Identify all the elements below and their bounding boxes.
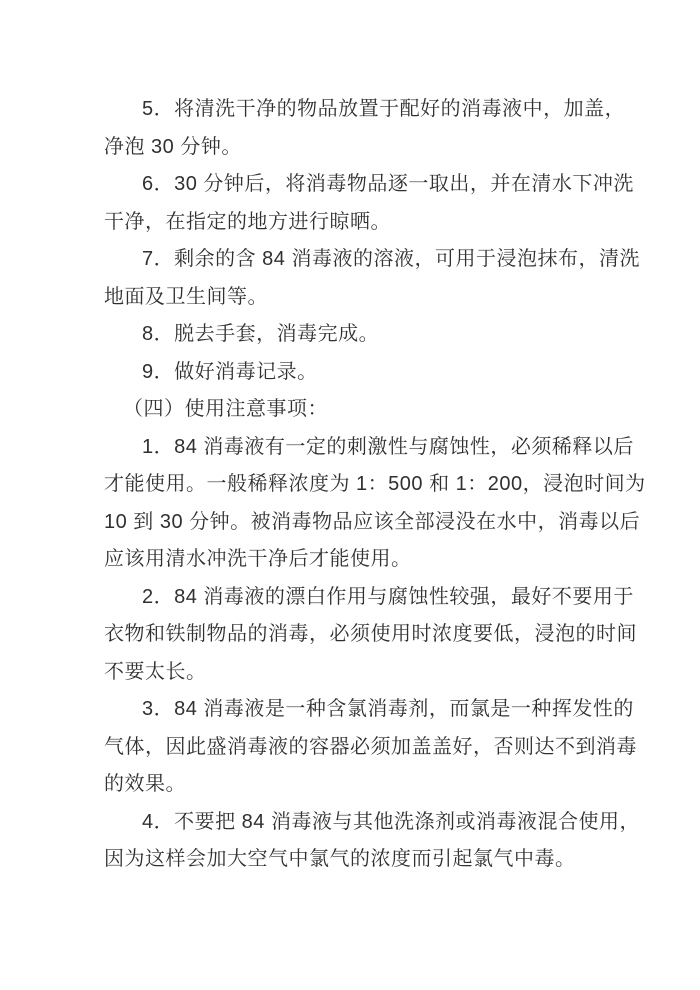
text-line: 才能使用。一般稀释浓度为 1：500 和 1：200，浸泡时间为 [104,466,624,504]
text-line: 6．30 分钟后，将消毒物品逐一取出，并在清水下冲洗 [104,166,624,204]
text-line: 9．做好消毒记录。 [104,354,624,392]
text-line: 干净，在指定的地方进行晾晒。 [104,204,624,242]
text-line: 因为这样会加大空气中氯气的浓度而引起氯气中毒。 [104,841,624,879]
text-line: 2．84 消毒液的漂白作用与腐蚀性较强，最好不要用于 [104,579,624,617]
text-line: 1．84 消毒液有一定的刺激性与腐蚀性，必须稀释以后 [104,429,624,467]
text-line: 3．84 消毒液是一种含氯消毒剂，而氯是一种挥发性的 [104,691,624,729]
text-line: 应该用清水冲洗干净后才能使用。 [104,541,624,579]
text-line: 不要太长。 [104,654,624,692]
document-body: 5．将清洗干净的物品放置于配好的消毒液中，加盖， 净泡 30 分钟。 6．30 … [104,91,624,879]
text-line: 气体，因此盛消毒液的容器必须加盖盖好，否则达不到消毒 [104,729,624,767]
text-line: 衣物和铁制物品的消毒，必须使用时浓度要低，浸泡的时间 [104,616,624,654]
text-line: 7．剩余的含 84 消毒液的溶液，可用于浸泡抹布，清洗 [104,241,624,279]
text-line: 地面及卫生间等。 [104,279,624,317]
text-line: 的效果。 [104,766,624,804]
document-page: 5．将清洗干净的物品放置于配好的消毒液中，加盖， 净泡 30 分钟。 6．30 … [0,0,700,990]
text-line: 5．将清洗干净的物品放置于配好的消毒液中，加盖， [104,91,624,129]
text-line: 8．脱去手套，消毒完成。 [104,316,624,354]
section-heading-line: （四）使用注意事项： [104,391,624,429]
text-line: 净泡 30 分钟。 [104,129,624,167]
text-line: 4．不要把 84 消毒液与其他洗涤剂或消毒液混合使用， [104,804,624,842]
text-line: 10 到 30 分钟。被消毒物品应该全部浸没在水中，消毒以后 [104,504,624,542]
